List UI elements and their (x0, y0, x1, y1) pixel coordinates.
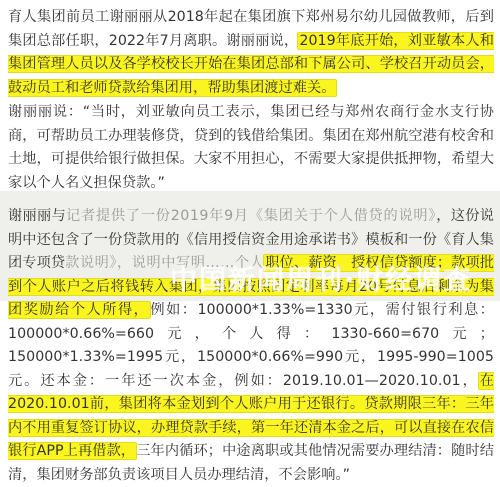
paragraph-2-text: 谢丽丽说：“当时，刘亚敏向员工表示，集团已经与郑州农商行金水支行协商，可帮助员工… (8, 104, 494, 191)
paragraph-2: 谢丽丽说：“当时，刘亚敏向员工表示，集团已经与郑州农商行金水支行协商，可帮助员工… (8, 101, 494, 195)
paragraph-3-text: 谢丽丽与 (8, 208, 66, 224)
watermark-overlay: 中国新闻周刊·财经调查 (170, 258, 472, 288)
paragraph-1: 育人集团前员工谢丽丽从2018年起在集团旗下郑州易尔幼儿园做教师，后到集团总部任… (8, 6, 494, 100)
obscured-text: 记者提供了一份2019年9月《集团关于个人借贷的说明》 (66, 208, 436, 224)
paragraph-3: 谢丽丽与记者提供了一份2019年9月《集团关于个人借贷的说明》，这份说明中还包含… (8, 205, 494, 487)
